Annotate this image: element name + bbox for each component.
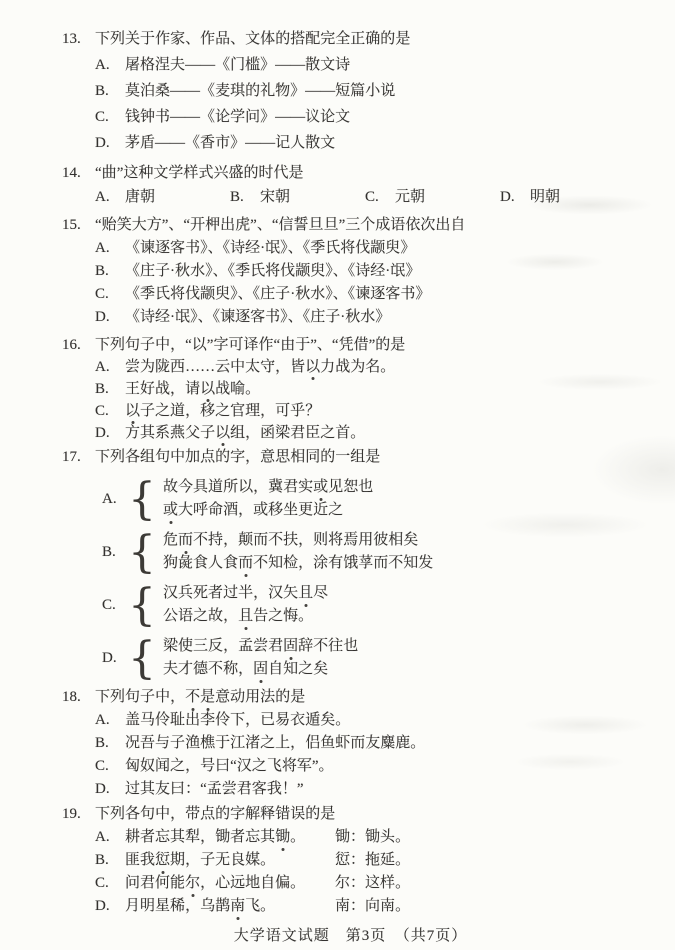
option-list: A.盖马伶耻出李伶下，已易衣遁矣。B.况吾与子渔樵于江渚之上，侣鱼虾而友麋鹿。C… xyxy=(95,709,639,801)
option-text: 尝为陇西……云中太守，皆以力战为名。 xyxy=(125,356,639,378)
option-text: 屠格涅夫——《门槛》——散文诗 xyxy=(125,52,639,78)
option-text: 况吾与子渔樵于江渚之上，侣鱼虾而友麋鹿。 xyxy=(125,732,639,755)
option-label: C. xyxy=(95,283,125,306)
option-text: 王好战，请以战喻。 xyxy=(125,378,639,400)
option-B: B.{危而不持，颠而不扶，则将焉用彼相矣狗彘食人食而不知检，涂有饿莩而不知发 xyxy=(102,529,639,575)
option-B: B.况吾与子渔樵于江渚之上，侣鱼虾而友麋鹿。 xyxy=(95,732,639,755)
option-text: 匪我愆期，子无良媒。 xyxy=(125,849,335,872)
option-text: 问君何能尔，心远地自偏。 xyxy=(125,872,335,895)
emphasized-char: 以 xyxy=(200,378,215,400)
option-label: D. xyxy=(95,130,125,156)
option-text: 元朝 xyxy=(395,185,500,209)
option-A: A.尝为陇西……云中太守，皆以力战为名。 xyxy=(95,356,639,378)
option-B: B.莫泊桑——《麦琪的礼物》——短篇小说 xyxy=(95,78,639,104)
option-text: 茅盾——《香市》——记人散文 xyxy=(125,130,639,156)
question-number: 15. xyxy=(62,214,95,237)
option-C: C.元朝 xyxy=(365,185,500,209)
option-text: 方其系燕父子以组，函梁君臣之首。 xyxy=(125,422,639,444)
option-label: A. xyxy=(95,52,125,78)
emphasized-char: 以 xyxy=(305,356,320,378)
emphasized-char: 尔 xyxy=(185,872,200,895)
question-stem-row: 15.“贻笑大方”、“开柙出虎”、“信誓旦旦”三个成语依次出自 xyxy=(62,214,639,237)
option-list: A.尝为陇西……云中太守，皆以力战为名。B.王好战，请以战喻。C.以子之道，移之… xyxy=(95,356,639,444)
sentence: 狗彘食人食而不知检，涂有饿莩而不知发 xyxy=(163,552,639,575)
option-text: 明朝 xyxy=(530,185,639,209)
question-stem-row: 14.“曲”这种文学样式兴盛的时代是 xyxy=(62,161,639,185)
option-A: A.《谏逐客书》、《诗经·氓》、《季氏将伐颛臾》 xyxy=(95,237,639,260)
option-text: 《庄子·秋水》、《季氏将伐颛臾》、《诗经·氓》 xyxy=(125,260,639,283)
option-note: 南：向南。 xyxy=(335,895,639,918)
question-stem: 下列句子中，“以”字可译作“由于”、“凭借”的是 xyxy=(95,334,639,356)
emphasized-char: 以 xyxy=(125,400,140,422)
option-text: 盖马伶耻出李伶下，已易衣遁矣。 xyxy=(125,709,639,732)
question-stem: 下列各句中，带点的字解释错误的是 xyxy=(95,803,639,826)
option-text: 唐朝 xyxy=(125,185,230,209)
question-stem: 下列关于作家、作品、文体的搭配完全正确的是 xyxy=(95,26,639,52)
sentence: 危而不持，颠而不扶，则将焉用彼相矣 xyxy=(163,529,639,552)
question-number: 18. xyxy=(62,686,95,709)
option-B: B.《庄子·秋水》、《季氏将伐颛臾》、《诗经·氓》 xyxy=(95,260,639,283)
question-number: 17. xyxy=(62,446,95,469)
option-D: D.月明星稀，乌鹊南飞。南：向南。 xyxy=(95,895,639,918)
sentence: 或大呼命酒，或移坐更近之 xyxy=(163,499,639,522)
question-stem: “曲”这种文学样式兴盛的时代是 xyxy=(95,161,639,185)
emphasized-char: 或 xyxy=(313,476,328,499)
option-label: D. xyxy=(95,306,125,329)
option-label: D. xyxy=(102,650,128,667)
option-label: B. xyxy=(95,849,125,872)
option-text: 月明星稀，乌鹊南飞。 xyxy=(125,895,335,918)
option-text: 宋朝 xyxy=(260,185,365,209)
question-19: 19.下列各句中，带点的字解释错误的是A.耕者忘其犁，锄者忘其锄。锄：锄头。B.… xyxy=(62,803,639,918)
option-text: 《谏逐客书》、《诗经·氓》、《季氏将伐颛臾》 xyxy=(125,237,639,260)
option-sentences: 故今具道所以，冀君实或见恕也或大呼命酒，或移坐更近之 xyxy=(163,476,639,522)
question-number: 13. xyxy=(62,26,95,52)
question-stem-row: 19.下列各句中，带点的字解释错误的是 xyxy=(62,803,639,826)
option-text: 耕者忘其犁，锄者忘其锄。 xyxy=(125,826,335,849)
option-C: C.问君何能尔，心远地自偏。尔：这样。 xyxy=(95,872,639,895)
option-label: C. xyxy=(95,104,125,130)
question-15: 15.“贻笑大方”、“开柙出虎”、“信誓旦旦”三个成语依次出自A.《谏逐客书》、… xyxy=(62,214,639,329)
emphasized-char: 固 xyxy=(283,635,298,658)
option-list: A.屠格涅夫——《门槛》——散文诗B.莫泊桑——《麦琪的礼物》——短篇小说C.钱… xyxy=(95,52,639,156)
option-list: A.《谏逐客书》、《诗经·氓》、《季氏将伐颛臾》B.《庄子·秋水》、《季氏将伐颛… xyxy=(95,237,639,329)
question-stem-row: 13.下列关于作家、作品、文体的搭配完全正确的是 xyxy=(62,26,639,52)
question-18: 18.下列句子中，不是意动用法的是A.盖马伶耻出李伶下，已易衣遁矣。B.况吾与子… xyxy=(62,686,639,801)
option-label: B. xyxy=(230,185,260,209)
option-label: D. xyxy=(95,422,125,444)
option-text: 钱钟书——《论学问》——议论文 xyxy=(125,104,639,130)
option-label: A. xyxy=(95,185,125,209)
option-A: A.屠格涅夫——《门槛》——散文诗 xyxy=(95,52,639,78)
question-number: 14. xyxy=(62,161,95,185)
sentence: 公语之故，且告之悔。 xyxy=(163,605,639,628)
option-C: C.以子之道，移之官理，可乎？ xyxy=(95,400,639,422)
option-label: B. xyxy=(102,544,128,561)
option-label: C. xyxy=(365,185,395,209)
question-17: 17.下列各组句中加点的字，意思相同的一组是A.{故今具道所以，冀君实或见恕也或… xyxy=(62,446,639,681)
option-B: B.宋朝 xyxy=(230,185,365,209)
option-label: B. xyxy=(95,260,125,283)
option-D: D.明朝 xyxy=(500,185,639,209)
option-D: D.过其友曰：“孟尝君客我！” xyxy=(95,778,639,801)
option-label: B. xyxy=(95,78,125,104)
option-B: B.匪我愆期，子无良媒。愆：拖延。 xyxy=(95,849,639,872)
option-label: B. xyxy=(95,732,125,755)
option-A: A.{故今具道所以，冀君实或见恕也或大呼命酒，或移坐更近之 xyxy=(102,476,639,522)
option-A: A.盖马伶耻出李伶下，已易衣遁矣。 xyxy=(95,709,639,732)
option-sentences: 汉兵死者过半，汉矢且尽公语之故，且告之悔。 xyxy=(163,582,639,628)
emphasized-char: 或 xyxy=(163,499,178,522)
option-sentences: 危而不持，颠而不扶，则将焉用彼相矣狗彘食人食而不知检，涂有饿莩而不知发 xyxy=(163,529,639,575)
option-label: C. xyxy=(102,597,128,614)
exam-page: 13.下列关于作家、作品、文体的搭配完全正确的是A.屠格涅夫——《门槛》——散文… xyxy=(0,0,675,946)
option-C: C.匈奴闻之，号曰“汉之飞将军”。 xyxy=(95,755,639,778)
option-text: 《诗经·氓》、《谏逐客书》、《庄子·秋水》 xyxy=(125,306,639,329)
option-text: 莫泊桑——《麦琪的礼物》——短篇小说 xyxy=(125,78,639,104)
emphasized-char: 是 xyxy=(200,686,215,709)
brace-bracket: { xyxy=(128,635,156,681)
option-label: A. xyxy=(95,826,125,849)
option-note: 尔：这样。 xyxy=(335,872,639,895)
option-label: A. xyxy=(102,491,128,508)
emphasized-char: 且 xyxy=(238,605,253,628)
question-stem-row: 17.下列各组句中加点的字，意思相同的一组是 xyxy=(62,446,639,469)
option-D: D.《诗经·氓》、《谏逐客书》、《庄子·秋水》 xyxy=(95,306,639,329)
emphasized-char: 且 xyxy=(298,582,313,605)
option-label: C. xyxy=(95,400,125,422)
option-label: C. xyxy=(95,755,125,778)
option-label: D. xyxy=(95,778,125,801)
question-stem: “贻笑大方”、“开柙出虎”、“信誓旦旦”三个成语依次出自 xyxy=(95,214,639,237)
option-note: 锄：锄头。 xyxy=(335,826,639,849)
brace-bracket: { xyxy=(128,582,156,628)
sentence: 故今具道所以，冀君实或见恕也 xyxy=(163,476,639,499)
emphasized-char: 愆 xyxy=(155,849,170,872)
sentence: 汉兵死者过半，汉矢且尽 xyxy=(163,582,639,605)
option-C: C.{汉兵死者过半，汉矢且尽公语之故，且告之悔。 xyxy=(102,582,639,628)
question-14: 14.“曲”这种文学样式兴盛的时代是A.唐朝B.宋朝C.元朝D.明朝 xyxy=(62,161,639,209)
option-D: D.方其系燕父子以组，函梁君臣之首。 xyxy=(95,422,639,444)
option-C: C.《季氏将伐颛臾》、《庄子·秋水》、《谏逐客书》 xyxy=(95,283,639,306)
question-number: 16. xyxy=(62,334,95,356)
option-label: B. xyxy=(95,378,125,400)
brace-bracket: { xyxy=(128,476,156,522)
option-label: A. xyxy=(95,356,125,378)
emphasized-char: 南 xyxy=(230,895,245,918)
option-D: D.茅盾——《香市》——记人散文 xyxy=(95,130,639,156)
question-stem: 下列各组句中加点的字，意思相同的一组是 xyxy=(95,446,639,469)
option-sentences: 梁使三反，孟尝君固辞不往也夫才德不称，固自知之矣 xyxy=(163,635,639,681)
option-note: 愆：拖延。 xyxy=(335,849,639,872)
option-label: D. xyxy=(500,185,530,209)
option-B: B.王好战，请以战喻。 xyxy=(95,378,639,400)
question-list: 13.下列关于作家、作品、文体的搭配完全正确的是A.屠格涅夫——《门槛》——散文… xyxy=(62,26,639,918)
option-label: C. xyxy=(95,872,125,895)
emphasized-char: 而 xyxy=(178,529,193,552)
brace-bracket: { xyxy=(128,529,156,575)
option-C: C.钱钟书——《论学问》——议论文 xyxy=(95,104,639,130)
option-text: 以子之道，移之官理，可乎？ xyxy=(125,400,639,422)
page-footer: 大学语文试题 第3页 （共7页） xyxy=(62,926,639,946)
question-number: 19. xyxy=(62,803,95,826)
option-list: A.唐朝B.宋朝C.元朝D.明朝 xyxy=(95,185,639,209)
option-D: D.{梁使三反，孟尝君固辞不往也夫才德不称，固自知之矣 xyxy=(102,635,639,681)
option-A: A.耕者忘其犁，锄者忘其锄。锄：锄头。 xyxy=(95,826,639,849)
option-text: 匈奴闻之，号曰“汉之飞将军”。 xyxy=(125,755,639,778)
option-label: A. xyxy=(95,237,125,260)
question-stem-row: 16.下列句子中，“以”字可译作“由于”、“凭借”的是 xyxy=(62,334,639,356)
sentence: 夫才德不称，固自知之矣 xyxy=(163,658,639,681)
emphasized-char: 而 xyxy=(238,552,253,575)
question-16: 16.下列句子中，“以”字可译作“由于”、“凭借”的是A.尝为陇西……云中太守，… xyxy=(62,334,639,444)
sentence: 梁使三反，孟尝君固辞不往也 xyxy=(163,635,639,658)
question-13: 13.下列关于作家、作品、文体的搭配完全正确的是A.屠格涅夫——《门槛》——散文… xyxy=(62,26,639,156)
emphasized-char: 锄 xyxy=(275,826,290,849)
option-A: A.唐朝 xyxy=(95,185,230,209)
option-text: 《季氏将伐颛臾》、《庄子·秋水》、《谏逐客书》 xyxy=(125,283,639,306)
question-stem-row: 18.下列句子中，不是意动用法的是 xyxy=(62,686,639,709)
option-list: A.耕者忘其犁，锄者忘其锄。锄：锄头。B.匪我愆期，子无良媒。愆：拖延。C.问君… xyxy=(95,826,639,918)
emphasized-char: 不 xyxy=(185,686,200,709)
option-label: A. xyxy=(95,709,125,732)
emphasized-char: 固 xyxy=(253,658,268,681)
footer-text: 大学语文试题 第3页 （共7页） xyxy=(234,928,468,944)
option-text: 过其友曰：“孟尝君客我！” xyxy=(125,778,639,801)
emphasized-char: 以 xyxy=(215,422,230,444)
question-stem: 下列句子中，不是意动用法的是 xyxy=(95,686,639,709)
option-label: D. xyxy=(95,895,125,918)
